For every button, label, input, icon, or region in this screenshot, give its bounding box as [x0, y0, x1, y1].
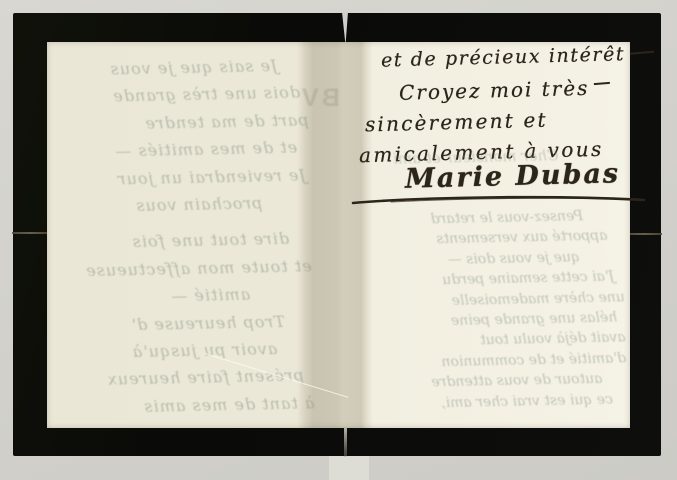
scanned-letter-photograph: BV Je sais que je vousdois une très gran… — [0, 0, 677, 480]
closing-line-2: Croyez moi très — [399, 75, 611, 105]
closing-line-1: et de précieux intérêt — [381, 42, 655, 71]
bleedthrough-line: à tant de mes amis — [62, 389, 315, 422]
closing-line-3: sincèrement et — [365, 108, 548, 137]
letter-paper-spread: BV Je sais que je vousdois une très gran… — [47, 42, 630, 428]
black-mount-card: BV Je sais que je vousdois une très gran… — [13, 13, 661, 456]
bleedthrough-line: prochain vous — [58, 189, 263, 221]
scanner-background-strip — [329, 456, 369, 480]
mount-bottom-fold-slit — [344, 427, 347, 457]
bleedthrough-line: Je reviendrai un jour — [57, 161, 306, 194]
letter-left-page-bleedthrough: Je sais que je vousdois une très grandep… — [55, 51, 315, 421]
mount-top-fold-notch — [340, 12, 350, 45]
bleedthrough-line: ce qui est vrai cher ami, — [371, 389, 613, 414]
bleedthrough-line: et toute mon affectueuse — [59, 252, 312, 285]
letter-right-page-bleedthrough: Pensez-vous le retardapporté aux verseme… — [367, 205, 627, 414]
bleedthrough-line: amitié — — [60, 281, 251, 312]
mount-crack-left — [12, 232, 49, 234]
mount-crack-right — [626, 233, 662, 235]
signature-underline-flourish — [351, 194, 647, 206]
bleedthrough-salutation: Cher monsieur et ami — [393, 146, 559, 167]
